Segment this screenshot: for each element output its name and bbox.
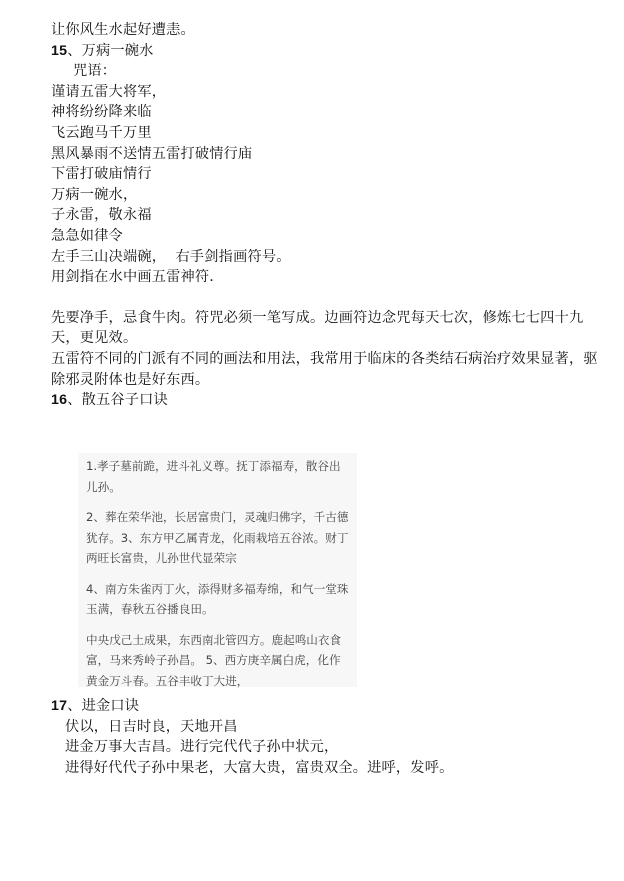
quote-paragraph: 2、葬在荣华池，长居富贵门，灵魂归佛字，千古德犹存。3、东方甲乙属青龙，化雨栽培… (86, 507, 349, 569)
note-paragraph: 五雷符不同的门派有不同的画法和用法，我常用于临床的各类结石病治疗效果显著，驱除邪… (51, 349, 611, 390)
document-page: 让你风生水起好遭恚。 15、万病一碗水 咒语： 谨请五雷大将军， 神将纷纷降来临… (51, 20, 611, 411)
chant-line: 进得好代代子孙中果老，大富大贵，富贵双全。进呼，发呼。 (51, 758, 611, 779)
section-number: 16 (51, 392, 67, 408)
spell-line: 神将纷纷降来临 (51, 102, 611, 123)
chant-line: 伏以，日吉时良，天地开昌 (51, 717, 611, 738)
quote-paragraph: 1.孝子墓前跪，进斗礼义尊。抚丁添福寿，散谷出儿孙。 (86, 456, 349, 497)
section-number: 17 (51, 698, 67, 714)
embedded-quote-image: 1.孝子墓前跪，进斗礼义尊。抚丁添福寿，散谷出儿孙。 2、葬在荣华池，长居富贵门… (78, 453, 357, 687)
spell-line: 用剑指在水中画五雷神符. (51, 267, 611, 288)
section-title: 万病一碗水 (82, 43, 154, 59)
note-paragraph: 先要净手，忌食牛肉。符咒必须一笔写成。边画符边念咒每天七次，修炼七七四十九天，更… (51, 308, 611, 349)
spell-line: 下雷打破庙情行 (51, 164, 611, 185)
section-number: 15 (51, 43, 67, 59)
section-separator: 、 (67, 392, 81, 408)
quote-paragraph: 4、南方朱雀丙丁火，添得财多福寿绵，和气一堂珠玉满，春秋五谷播良田。 (86, 579, 349, 620)
paragraph-gap (51, 288, 611, 308)
section-15-heading: 15、万病一碗水 (51, 41, 611, 62)
spell-line: 飞云跑马千万里 (51, 123, 611, 144)
spell-line: 黑风暴雨不送情五雷打破情行庙 (51, 144, 611, 165)
section-title: 进金口诀 (82, 698, 140, 714)
spell-line: 万病一碗水， (51, 185, 611, 206)
section-separator: 、 (67, 43, 81, 59)
section-17: 17、进金口诀 伏以，日吉时良，天地开昌 进金万事大吉昌。进行完代代子孙中状元，… (51, 696, 611, 778)
continuation-text: 让你风生水起好遭恚。 (51, 20, 611, 41)
spell-line: 子永雷，敬永福 (51, 205, 611, 226)
quote-paragraph: 中央戊己土成果，东西南北管四方。鹿起鸣山衣食富，马来秀岭子孙昌。 5、西方庚辛属… (86, 630, 349, 692)
spell-line: 左手三山决端碗， 右手剑指画符号。 (51, 247, 611, 268)
section-title: 散五谷子口诀 (82, 392, 168, 408)
chant-line: 进金万事大吉昌。进行完代代子孙中状元， (51, 737, 611, 758)
section-16-heading: 16、散五谷子口诀 (51, 390, 611, 411)
section-separator: 、 (67, 698, 81, 714)
spell-line: 急急如律令 (51, 226, 611, 247)
spell-line: 谨请五雷大将军， (51, 82, 611, 103)
spell-label: 咒语： (51, 61, 611, 82)
section-17-heading: 17、进金口诀 (51, 696, 611, 717)
